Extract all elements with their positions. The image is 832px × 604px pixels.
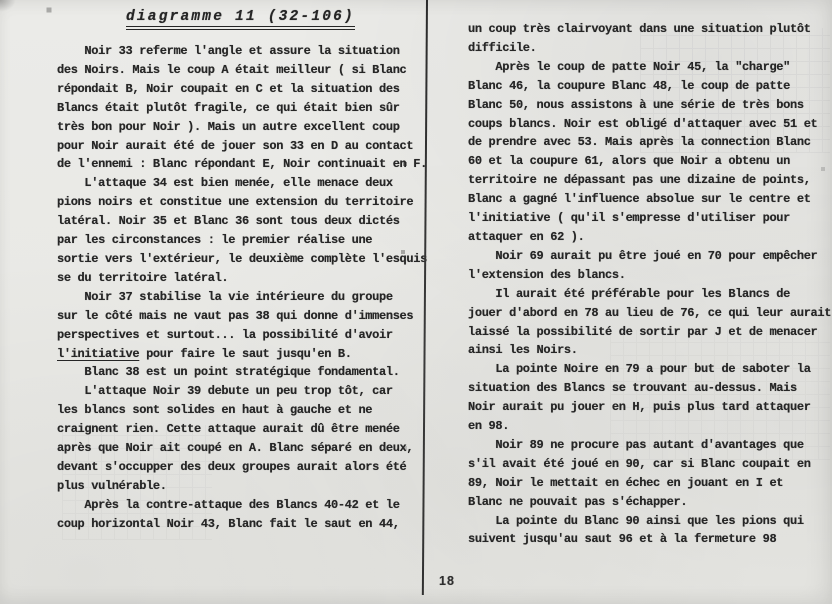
- text-line: très bon pour Noir ). Mais un autre exce…: [57, 118, 427, 137]
- text-line: en 98.: [468, 417, 831, 436]
- text-line: Blanc 38 est un point stratégique fondam…: [57, 363, 427, 382]
- text-line: coups blancs. Noir est obligé d'attaquer…: [468, 115, 831, 134]
- text-line: attaquer en 62 ).: [468, 228, 831, 247]
- text-line: l'extension des blancs.: [468, 266, 831, 285]
- text-line: Noir 89 ne procure pas autant d'avantage…: [468, 436, 831, 455]
- text-line: plus vulnérable.: [57, 477, 427, 496]
- text-line: un coup très clairvoyant dans une situat…: [468, 20, 831, 39]
- scan-specks: [0, 0, 2, 2]
- text-line: La pointe Noire en 79 a pour but de sabo…: [468, 360, 831, 379]
- diagram-title: diagramme 11 (32-106): [126, 9, 355, 30]
- text-line: Noir 33 referme l'angle et assure la sit…: [57, 42, 427, 61]
- text-line: Après le coup de patte Noir 45, la "char…: [468, 58, 831, 77]
- text-line: difficile.: [468, 39, 831, 58]
- text-line: Il aurait été préférable pour les Blancs…: [468, 285, 831, 304]
- text-line: territoire ne dépassant pas une dizaine …: [468, 171, 831, 190]
- text-line: pour Noir aurait été de jouer son 33 en …: [57, 137, 427, 156]
- text-line: pions noirs et constitue une extension d…: [57, 193, 427, 212]
- text-line: latéral. Noir 35 et Blanc 36 sont tous d…: [57, 212, 427, 231]
- text-line: 89, Noir le mettait en échec en jouant e…: [468, 474, 831, 493]
- text-line: coup horizontal Noir 43, Blanc fait le s…: [57, 515, 427, 534]
- text-line: par les circonstances : le premier réali…: [57, 231, 427, 250]
- text-line: des Noirs. Mais le coup A était meilleur…: [57, 61, 427, 80]
- text-line: sur le côté mais ne vaut pas 38 qui donn…: [57, 307, 427, 326]
- text-line: de l'ennemi : Blanc répondant E, Noir co…: [57, 155, 427, 174]
- text-line: laissé la possibilité de sortir par J et…: [468, 323, 831, 342]
- text-line: sortie vers l'extérieur, le deuxième com…: [57, 250, 427, 269]
- text-line: perspectives et surtout... la possibilit…: [57, 326, 427, 345]
- text-line: L'attaque 34 est bien menée, elle menace…: [57, 174, 427, 193]
- text-line: situation des Blancs se trouvant au-dess…: [468, 379, 831, 398]
- text-line: Blanc ne pouvait pas s'échapper.: [468, 493, 831, 512]
- text-line: Blancs était plutôt fragile, ce qui étai…: [57, 99, 427, 118]
- text-line: ainsi les Noirs.: [468, 341, 831, 360]
- text-line: s'il avait été joué en 90, car si Blanc …: [468, 455, 831, 474]
- text-line: Noir 69 aurait pu être joué en 70 pour e…: [468, 247, 831, 266]
- text-line: Blanc a gagné l'influence absolue sur le…: [468, 190, 831, 209]
- text-line: Noir 37 stabilise la vie intérieure du g…: [57, 288, 427, 307]
- text-line: se du territoire latéral.: [57, 269, 427, 288]
- text-line: répondait B, Noir coupait en C et la sit…: [57, 80, 427, 99]
- text-line: Blanc 46, la coupure Blanc 48, le coup d…: [468, 77, 831, 96]
- text-line: La pointe du Blanc 90 ainsi que les pion…: [468, 512, 831, 531]
- text-line: L'attaque Noir 39 debute un peu trop tôt…: [57, 382, 427, 401]
- text-line: l'initiative ( qu'il s'empresse d'utilis…: [468, 209, 831, 228]
- text-line: devant s'occupper des deux groupes aurai…: [57, 458, 427, 477]
- text-line: Noir aurait pu jouer en H, puis plus tar…: [468, 398, 831, 417]
- page-number: 18: [439, 574, 455, 588]
- scanned-book-page: diagramme 11 (32-106) Noir 33 referme l'…: [0, 0, 832, 604]
- text-line: Après la contre-attaque des Blancs 40-42…: [57, 496, 427, 515]
- text-line: Blanc 50, nous assistons à une série de …: [468, 96, 831, 115]
- right-column-text: un coup très clairvoyant dans une situat…: [468, 20, 831, 549]
- text-line: craignent rien. Cette attaque aurait dû …: [57, 420, 427, 439]
- text-line: de prendre avec 53. Mais après la connec…: [468, 133, 831, 152]
- corner-scan-shadow: [0, 0, 16, 12]
- text-line: 60 et la coupure 61, alors que Noir a ob…: [468, 152, 831, 171]
- text-line: suivent jusqu'au saut 96 et à la fermetu…: [468, 530, 831, 549]
- text-line: après que Noir ait coupé en A. Blanc sép…: [57, 439, 427, 458]
- text-line: l'initiative pour faire le saut jusqu'en…: [57, 345, 427, 364]
- left-column-text: Noir 33 referme l'angle et assure la sit…: [57, 42, 427, 534]
- text-line: jouer d'abord en 78 au lieu de 76, ce qu…: [468, 304, 831, 323]
- text-line: les blancs sont solides en haut à gauche…: [57, 401, 427, 420]
